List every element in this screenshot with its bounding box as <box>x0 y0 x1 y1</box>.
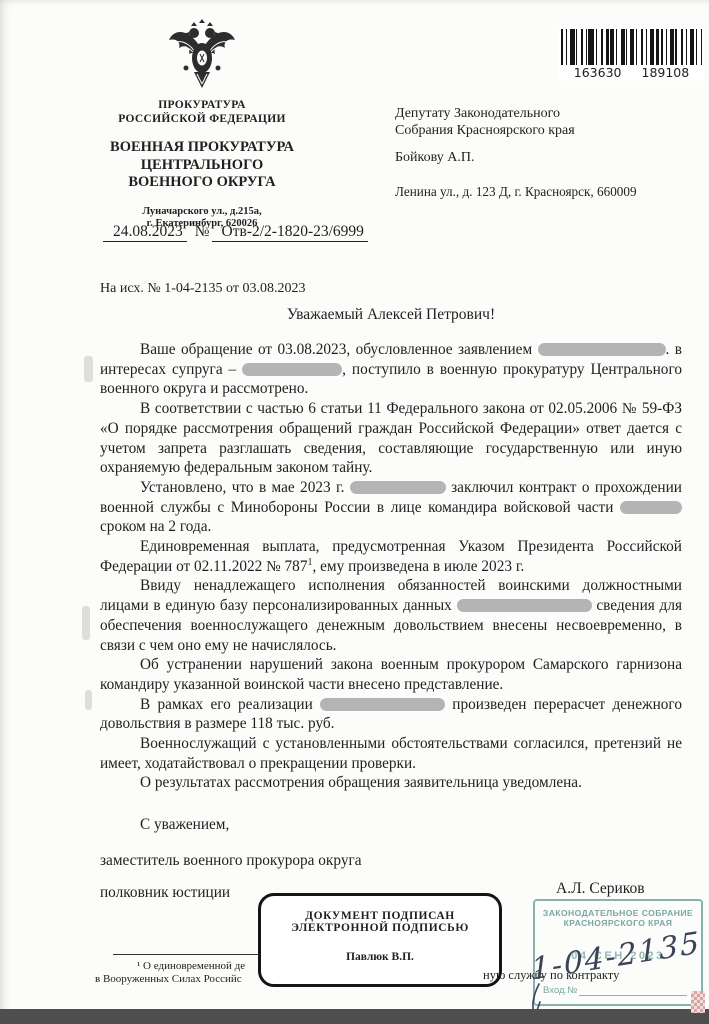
scanned-letter-page: ПРОКУРАТУРА РОССИЙСКОЙ ФЕДЕРАЦИИ ВОЕННАЯ… <box>0 0 709 1024</box>
barcode-bars-icon <box>561 29 702 65</box>
redaction-block <box>320 698 445 711</box>
paragraph: Военнослужащий с установленными обстояте… <box>100 734 682 773</box>
barcode-number-right: 189108 <box>642 65 690 80</box>
barcode: 163630 189108 <box>558 28 705 81</box>
letter-date: 24.08.2023 <box>103 223 187 242</box>
letterhead: ПРОКУРАТУРА РОССИЙСКОЙ ФЕДЕРАЦИИ ВОЕННАЯ… <box>93 16 311 231</box>
recipient-block: Депутату Законодательного Собрания Красн… <box>395 106 695 200</box>
esign-line2: ЭЛЕКТРОННОЙ ПОДПИСЬЮ <box>261 922 499 934</box>
paragraph: Ввиду ненадлежащего исполнения обязаннос… <box>100 576 682 655</box>
recipient-name: Бойкову А.П. <box>395 150 695 167</box>
barcode-number-left: 163630 <box>574 65 622 80</box>
recipient-line1: Депутату Законодательного <box>395 106 695 123</box>
signer-position-line1: заместитель военного прокурора округа <box>100 852 362 870</box>
paragraph: Установлено, что в мае 2023 г. заключил … <box>100 478 682 537</box>
incoming-reference: На исх. № 1-04-2135 от 03.08.2023 <box>100 281 305 297</box>
paragraph: Об устранении нарушений закона военным п… <box>100 655 682 694</box>
org-name-line3: ВОЕННОГО ОКРУГА <box>93 174 311 192</box>
recipient-address: Ленина ул., д. 123 Д, г. Красноярск, 660… <box>395 184 695 201</box>
recipient-line2: Собрания Красноярского края <box>395 123 695 140</box>
redaction-block <box>620 501 682 514</box>
paragraph: Единовременная выплата, предусмотренная … <box>100 537 682 576</box>
stamp-org-line2: КРАСНОЯРСКОГО КРАЯ <box>535 918 701 928</box>
footnote-line2: в Вооруженных Силах Российс <box>95 973 242 985</box>
letter-number: Отв-2/2-1820-23/6999 <box>212 223 368 242</box>
signer-name: А.Л. Сериков <box>556 880 645 898</box>
number-sign: № <box>195 223 210 240</box>
signer-position-line2: полковник юстиции <box>100 884 230 902</box>
org-name-line1: ВОЕННАЯ ПРОКУРАТУРА <box>93 139 311 157</box>
redaction-block <box>538 343 666 356</box>
coat-of-arms-icon <box>164 16 240 94</box>
org-address-line1: Луначарского ул., д.215а, <box>93 206 311 219</box>
closing-salutation: С уважением, <box>140 816 229 834</box>
paragraph: В соответствии с частью 6 статьи 11 Феде… <box>100 399 682 478</box>
stamp-incoming-blank-line <box>579 995 687 996</box>
paragraph: Ваше обращение от 03.08.2023, обусловлен… <box>100 340 682 399</box>
scan-artifact <box>691 991 705 1013</box>
redaction-block <box>242 363 342 376</box>
scan-smudge <box>84 356 93 382</box>
electronic-signature-box: ДОКУМЕНТ ПОДПИСАН ЭЛЕКТРОННОЙ ПОДПИСЬЮ П… <box>258 893 502 987</box>
footnote-marker: 1 <box>307 557 312 568</box>
scan-smudge <box>85 690 92 710</box>
scan-bottom-edge <box>0 1009 709 1024</box>
paragraph: О результатах рассмотрения обращения зая… <box>100 773 682 793</box>
paragraph: В рамках его реализации произведен перер… <box>100 695 682 734</box>
footnote-line1: ¹ О единовременной де <box>137 960 245 972</box>
stamp-org-line1: ЗАКОНОДАТЕЛЬНОЕ СОБРАНИЕ <box>535 908 701 918</box>
org-name-line2: ЦЕНТРАЛЬНОГО <box>93 157 311 175</box>
org-top-line1: ПРОКУРАТУРА <box>93 98 311 112</box>
redaction-block <box>350 481 446 494</box>
esign-line1: ДОКУМЕНТ ПОДПИСАН <box>261 910 499 922</box>
scan-smudge <box>82 606 90 640</box>
redaction-block <box>457 599 592 612</box>
outgoing-reference: 24.08.2023№Отв-2/2-1820-23/6999 <box>103 223 368 241</box>
body-paragraphs: Ваше обращение от 03.08.2023, обусловлен… <box>100 340 682 793</box>
greeting: Уважаемый Алексей Петрович! <box>100 306 682 324</box>
org-top-line2: РОССИЙСКОЙ ФЕДЕРАЦИИ <box>93 112 311 126</box>
esign-signer-name: Павлюк В.П. <box>261 951 499 963</box>
